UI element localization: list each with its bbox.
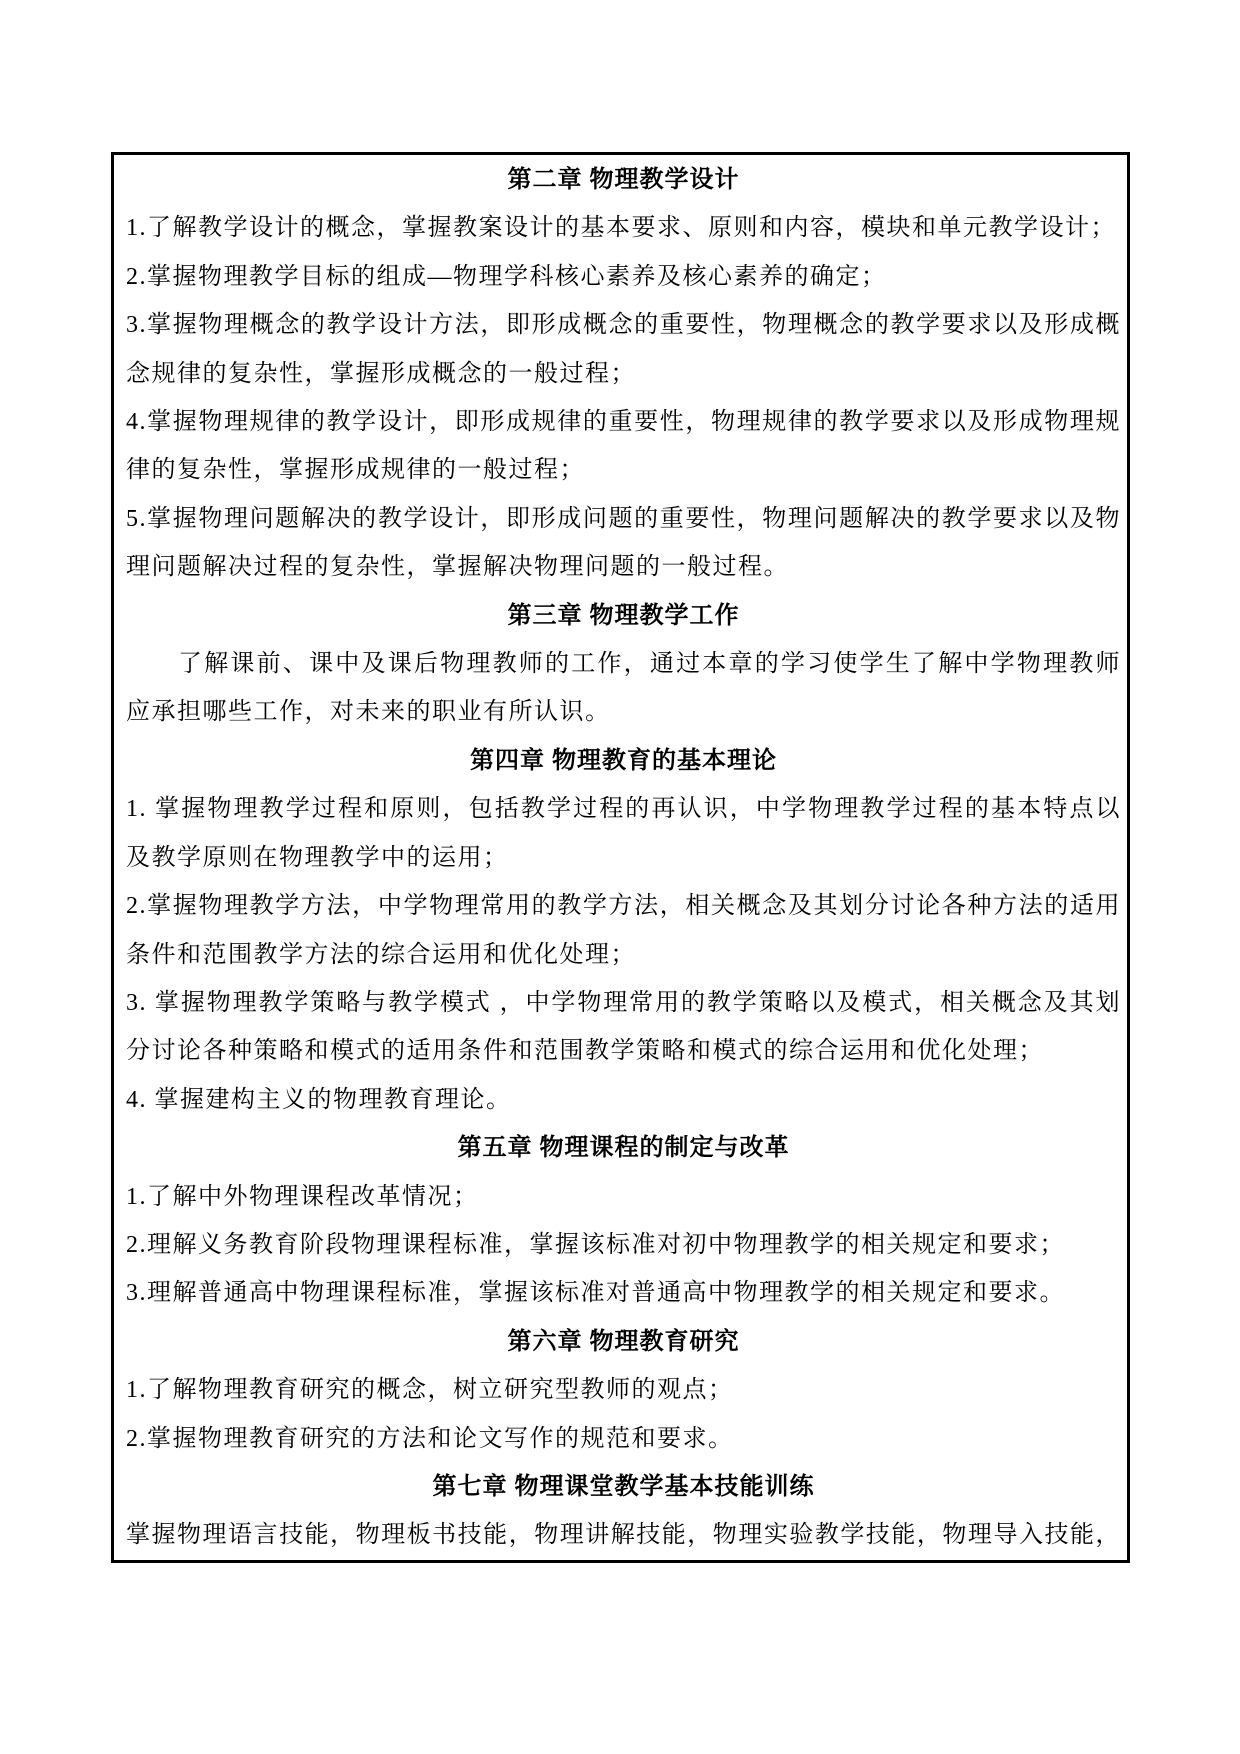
syllabus-item: 3. 掌握物理教学策略与教学模式 ，中学物理常用的教学策略以及模式，相关概念及其… <box>126 979 1121 1076</box>
syllabus-item: 1.了解物理教育研究的概念，树立研究型教师的观点； <box>126 1366 1121 1414</box>
syllabus-item: 2.掌握物理教学目标的组成—物理学科核心素养及核心素养的确定； <box>126 253 1121 301</box>
chapter-heading: 第六章 物理教育研究 <box>126 1318 1121 1366</box>
syllabus-item: 2.掌握物理教学方法，中学物理常用的教学方法，相关概念及其划分讨论各种方法的适用… <box>126 882 1121 979</box>
syllabus-item: 1.了解中外物理课程改革情况； <box>126 1173 1121 1221</box>
syllabus-item: 3.理解普通高中物理课程标准，掌握该标准对普通高中物理教学的相关规定和要求。 <box>126 1269 1121 1317</box>
chapter-heading: 第三章 物理教学工作 <box>126 592 1121 640</box>
syllabus-paragraph: 掌握物理语言技能，物理板书技能，物理讲解技能，物理实验教学技能，物理导入技能，物 <box>126 1511 1121 1563</box>
chapter-heading: 第四章 物理教育的基本理论 <box>126 737 1121 785</box>
syllabus-item: 3.掌握物理概念的教学设计方法，即形成概念的重要性，物理概念的教学要求以及形成概… <box>126 301 1121 398</box>
syllabus-paragraph: 了解课前、课中及课后物理教师的工作，通过本章的学习使学生了解中学物理教师应承担哪… <box>126 640 1121 737</box>
syllabus-table-cell: 第二章 物理教学设计 1.了解教学设计的概念，掌握教案设计的基本要求、原则和内容… <box>111 152 1130 1563</box>
chapter-heading: 第二章 物理教学设计 <box>126 156 1121 204</box>
syllabus-item: 5.掌握物理问题解决的教学设计，即形成问题的重要性，物理问题解决的教学要求以及物… <box>126 495 1121 592</box>
syllabus-item: 2.掌握物理教育研究的方法和论文写作的规范和要求。 <box>126 1415 1121 1463</box>
chapter-heading: 第五章 物理课程的制定与改革 <box>126 1124 1121 1172</box>
document-page: 第二章 物理教学设计 1.了解教学设计的概念，掌握教案设计的基本要求、原则和内容… <box>0 0 1240 1754</box>
syllabus-item: 2.理解义务教育阶段物理课程标准，掌握该标准对初中物理教学的相关规定和要求； <box>126 1221 1121 1269</box>
syllabus-item: 4. 掌握建构主义的物理教育理论。 <box>126 1076 1121 1124</box>
syllabus-item: 1.了解教学设计的概念，掌握教案设计的基本要求、原则和内容，模块和单元教学设计； <box>126 204 1121 252</box>
syllabus-item: 4.掌握物理规律的教学设计，即形成规律的重要性，物理规律的教学要求以及形成物理规… <box>126 398 1121 495</box>
syllabus-item: 1. 掌握物理教学过程和原则，包括教学过程的再认识，中学物理教学过程的基本特点以… <box>126 785 1121 882</box>
chapter-heading: 第七章 物理课堂教学基本技能训练 <box>126 1463 1121 1511</box>
